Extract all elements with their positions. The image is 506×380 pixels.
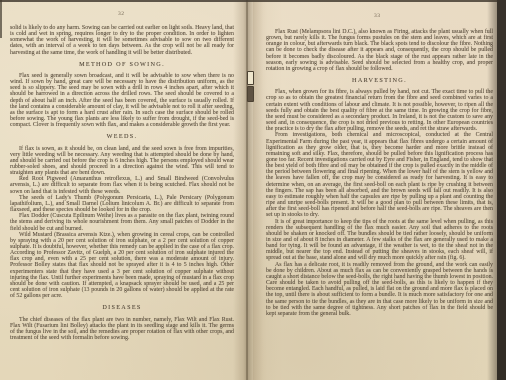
paragraph-harvest-3: It is of great importance to keep the ti… [266,219,493,262]
paragraph-weeds-5: Wild Mustard (Brassica arvensis Ktze.), … [10,232,234,300]
heading-harvesting: HARVESTING. [266,78,493,84]
paragraph-harvest-1: Flax, when grown for its fibre, is alway… [266,89,493,132]
scan-top-edge-line [0,0,506,2]
paragraph-weeds-3: The seeds of Lady's Thumb (Polygonum Per… [10,195,234,213]
heading-method-of-sowing: METHOD OF SOWING. [10,62,234,68]
paragraph-sowing: Flax seed is generally sown broadcast, a… [10,73,234,128]
right-page: 33 Flax Rust (Melampsora lini D.C.), als… [253,0,506,380]
right-page-number: 33 [374,13,381,19]
paragraph-continuation: solid is likely to do any harm. Sowing c… [10,25,234,56]
left-page-text: solid is likely to do any harm. Sowing c… [10,25,234,341]
heading-weeds: WEEDS. [10,134,234,140]
binding-tab-mark-top [247,71,254,85]
paragraph-diseases: The chief diseases of the flax plant are… [10,317,234,342]
paragraph-weeds-2: Red Root Pigweed (Amaranthus retroflexus… [10,176,234,194]
book-gutter-shadow [233,0,263,380]
paragraph-harvest-4: As flax has a delicate root, it is readi… [266,262,493,317]
scan-left-corner-line [0,0,2,38]
scan-right-dark-edge [497,0,506,380]
heading-diseases: DISEASES [10,305,234,311]
binding-tab-mark-bottom [247,86,254,102]
paragraph-weeds-1: If flax is sown, as it should be, on cle… [10,146,234,177]
scanned-book-spread: 32 solid is likely to do any harm. Sowin… [0,0,506,380]
paragraph-weeds-4: Flax Dodder (Cuscuta Epilinum Weihe) liv… [10,213,234,231]
right-page-text: Flax Rust (Melampsora lini D.C.), also k… [266,29,493,317]
left-page-number: 32 [118,11,125,17]
right-page-edge-shadow [487,0,497,380]
paragraph-harvest-2: From investigations, both chemical and m… [266,132,493,218]
paragraph-flax-rust: Flax Rust (Melampsora lini D.C.), also k… [266,29,493,72]
left-page: 32 solid is likely to do any harm. Sowin… [0,0,253,380]
book-gutter-crease [246,0,248,380]
